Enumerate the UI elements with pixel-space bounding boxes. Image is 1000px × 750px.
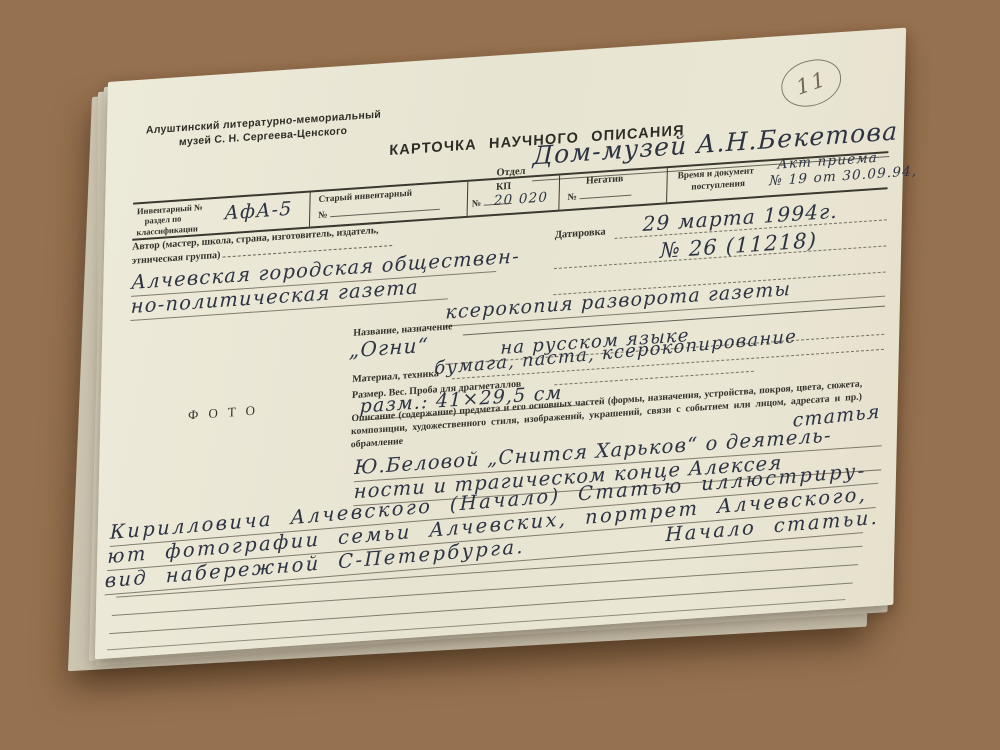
page-number-annotation: 11 (793, 67, 829, 100)
old-inventory-no: № (318, 210, 328, 221)
inventory-value-handwritten: АфА-5 (224, 198, 293, 225)
kp-value-handwritten: 20 020 (494, 189, 549, 209)
desk-wood-background: 11 Алуштинский литературно-мемориальный … (0, 0, 1000, 750)
material-label: Материал, техника (352, 368, 439, 385)
pencil-circle-annotation: 11 (780, 55, 843, 111)
negative-no: № (567, 192, 577, 203)
negative-blank-line (579, 186, 631, 200)
name-value-line2-handwritten: „Огни“ (349, 333, 430, 363)
kp-number-cell: КП № 20 020 (468, 175, 561, 215)
museum-description-card: 11 Алуштинский литературно-мемориальный … (95, 28, 906, 660)
photo-placeholder-label: ФОТО (188, 402, 265, 423)
old-inventory-cell: Старый инвентарный № (310, 182, 468, 227)
dating-label: Датировка (555, 226, 606, 241)
museum-header: Алуштинский литературно-мемориальный муз… (140, 107, 386, 152)
negative-cell: Негатив № (559, 168, 668, 209)
author-label-line2: этническая группа) (132, 250, 221, 267)
kp-no: № (472, 199, 482, 210)
name-value-line1-handwritten: ксерокопия разворота газеты (445, 272, 886, 327)
receipt-cell: Время и документ поступления Акт приема … (667, 153, 888, 202)
